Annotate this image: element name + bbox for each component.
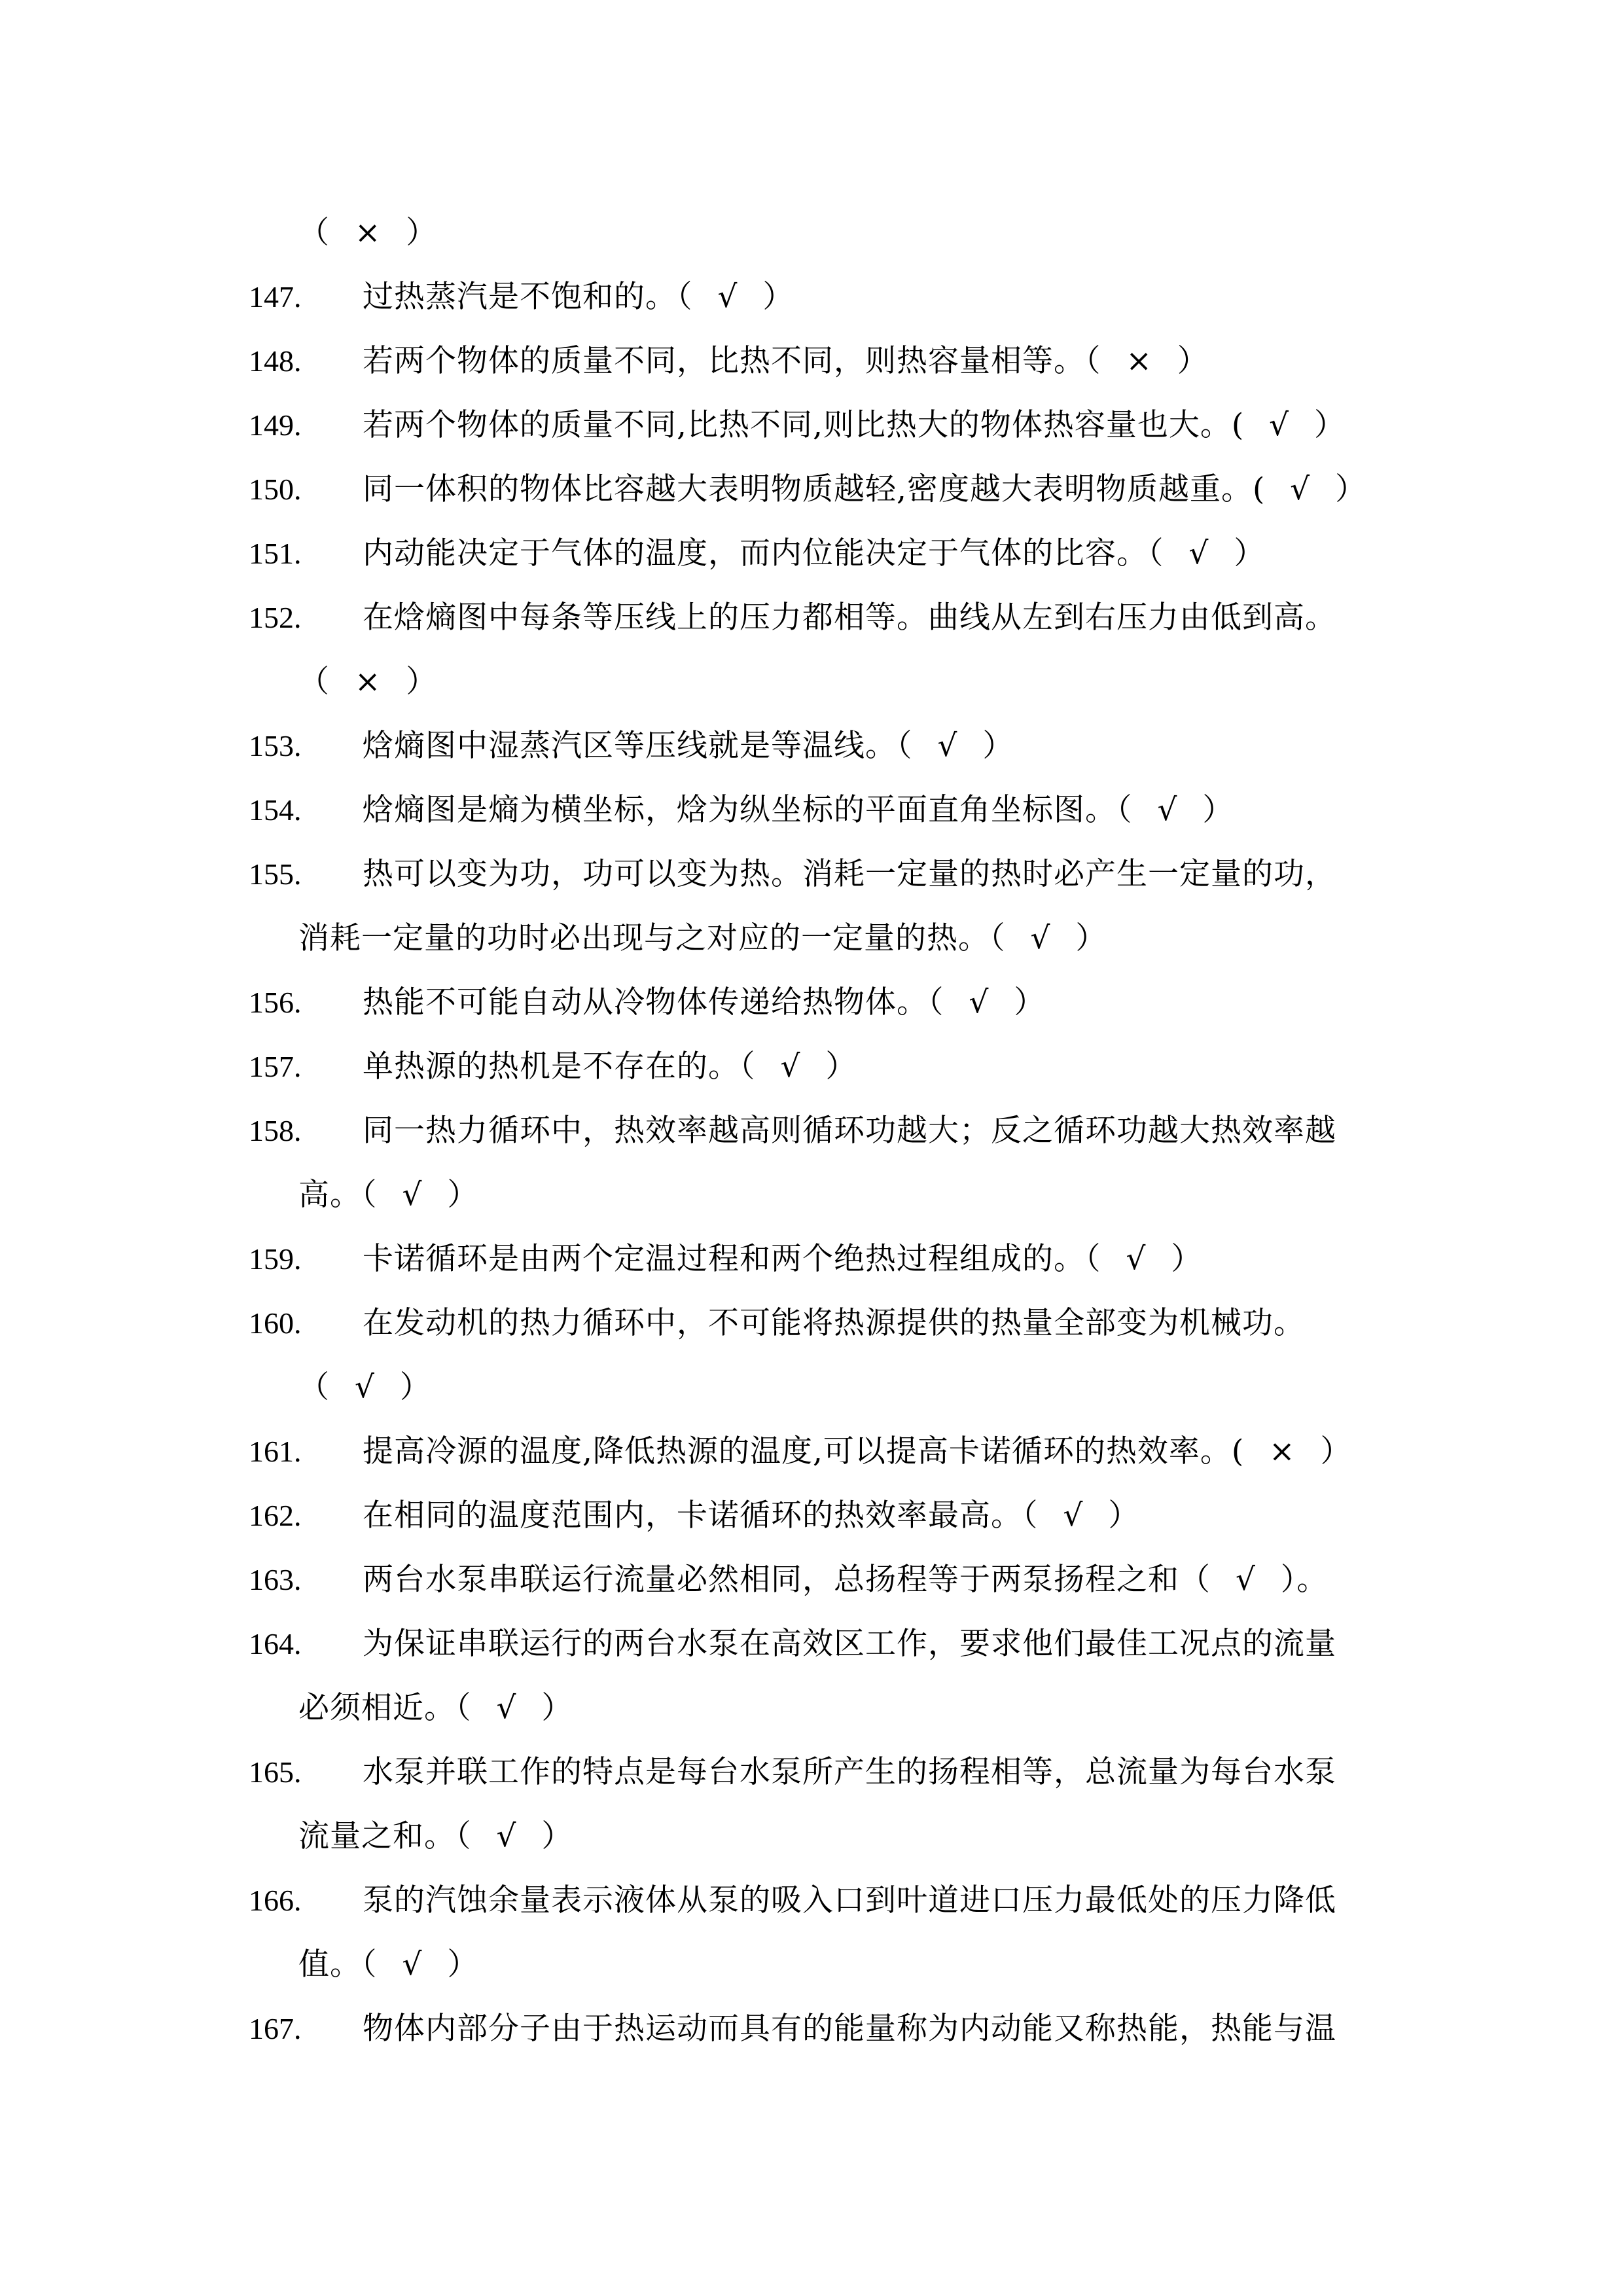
line-text: 内动能决定于气体的温度，而内位能决定于气体的比容。（ √ ） bbox=[363, 522, 1265, 586]
line-text: 在焓熵图中每条等压线上的压力都相等。曲线从左到右压力由低到高。 bbox=[363, 586, 1336, 650]
cross-mark-icon: × bbox=[1255, 1420, 1310, 1484]
line-text: 两台水泵串联运行流量必然相同，总扬程等于两泵扬程之和（ √ ）。 bbox=[363, 1548, 1328, 1612]
line-text: 流量之和。（ √ ） bbox=[298, 1804, 573, 1869]
item-number: 165. bbox=[249, 1740, 302, 1804]
line-text: （ × ） bbox=[298, 650, 437, 714]
line-text: 必须相近。（ √ ） bbox=[298, 1676, 573, 1740]
line-text: 过热蒸汽是不饱和的。（ √ ） bbox=[363, 265, 794, 329]
line-text: 若两个物体的质量不同,比热不同,则比热大的物体热容量也大。( √ ） bbox=[363, 393, 1346, 457]
check-mark-icon: √ bbox=[954, 971, 1003, 1035]
item-number: 158. bbox=[249, 1099, 302, 1163]
line-text: 提高冷源的温度,降低热源的温度,可以提高卡诺循环的热效率。( × ） bbox=[363, 1420, 1352, 1484]
line-text: 同一体积的物体比容越大表明物质越轻,密度越大表明物质越重。( √ ） bbox=[363, 457, 1366, 522]
item-number: 166. bbox=[249, 1869, 302, 1933]
line-text: 水泵并联工作的特点是每台水泵所产生的扬程相等，总流量为每台水泵 bbox=[363, 1740, 1336, 1804]
check-mark-icon: √ bbox=[1275, 457, 1325, 522]
line-text: （ × ） bbox=[298, 201, 437, 265]
check-mark-icon: √ bbox=[482, 1676, 531, 1740]
check-mark-icon: √ bbox=[1174, 522, 1223, 586]
cross-mark-icon: × bbox=[1111, 329, 1166, 393]
check-mark-icon: √ bbox=[482, 1804, 531, 1869]
cross-mark-icon: × bbox=[340, 201, 395, 265]
item-number: 163. bbox=[249, 1548, 302, 1612]
item-number: 160. bbox=[249, 1291, 302, 1355]
item-number: 162. bbox=[249, 1484, 302, 1548]
check-mark-icon: √ bbox=[1111, 1227, 1160, 1291]
item-number: 152. bbox=[249, 586, 302, 650]
line-text: 高。（ √ ） bbox=[298, 1163, 478, 1227]
item-number: 154. bbox=[249, 778, 302, 842]
line-text: 焓熵图中湿蒸汽区等压线就是等温线。（ √ ） bbox=[363, 714, 1014, 778]
line-text: 消耗一定量的功时必出现与之对应的一定量的热。（ √ ） bbox=[298, 906, 1107, 971]
item-number: 147. bbox=[249, 265, 302, 329]
item-number: 148. bbox=[249, 329, 302, 393]
check-mark-icon: √ bbox=[340, 1355, 389, 1420]
item-number: 161. bbox=[249, 1420, 302, 1484]
item-number: 151. bbox=[249, 522, 302, 586]
item-number: 164. bbox=[249, 1612, 302, 1676]
check-mark-icon: √ bbox=[1143, 778, 1192, 842]
line-text: 物体内部分子由于热运动而具有的能量称为内动能又称热能，热能与温 bbox=[363, 1997, 1336, 2061]
check-mark-icon: √ bbox=[387, 1163, 437, 1227]
check-mark-icon: √ bbox=[1221, 1548, 1270, 1612]
item-number: 155. bbox=[249, 842, 302, 906]
line-text: 热能不可能自动从冷物体传递给热物体。（ √ ） bbox=[363, 971, 1045, 1035]
line-text: 若两个物体的质量不同，比热不同，则热容量相等。（ × ） bbox=[363, 329, 1209, 393]
check-mark-icon: √ bbox=[1255, 393, 1304, 457]
cross-mark-icon: × bbox=[340, 650, 395, 714]
item-number: 149. bbox=[249, 393, 302, 457]
item-number: 150. bbox=[249, 457, 302, 522]
line-text: 在发动机的热力循环中，不可能将热源提供的热量全部变为机械功。 bbox=[363, 1291, 1305, 1355]
line-text: 值。（ √ ） bbox=[298, 1933, 478, 1997]
check-mark-icon: √ bbox=[387, 1933, 437, 1997]
item-number: 159. bbox=[249, 1227, 302, 1291]
check-mark-icon: √ bbox=[766, 1035, 815, 1099]
line-text: （ √ ） bbox=[298, 1355, 431, 1420]
line-text: 在相同的温度范围内，卡诺循环的热效率最高。（ √ ） bbox=[363, 1484, 1139, 1548]
check-mark-icon: √ bbox=[1016, 906, 1065, 971]
line-text: 单热源的热机是不存在的。（ √ ） bbox=[363, 1035, 857, 1099]
line-text: 热可以变为功，功可以变为热。消耗一定量的热时必产生一定量的功， bbox=[363, 842, 1336, 906]
line-text: 焓熵图是熵为横坐标，焓为纵坐标的平面直角坐标图。（ √ ） bbox=[363, 778, 1234, 842]
line-text: 同一热力循环中，热效率越高则循环功越大；反之循环功越大热效率越 bbox=[363, 1099, 1336, 1163]
line-text: 泵的汽蚀余量表示液体从泵的吸入口到叶道进口压力最低处的压力降低 bbox=[363, 1869, 1336, 1933]
line-text: 为保证串联运行的两台水泵在高效区工作，要求他们最佳工况点的流量 bbox=[363, 1612, 1336, 1676]
check-mark-icon: √ bbox=[703, 265, 752, 329]
line-text: 卡诺循环是由两个定温过程和两个绝热过程组成的。（ √ ） bbox=[363, 1227, 1202, 1291]
check-mark-icon: √ bbox=[923, 714, 972, 778]
item-number: 153. bbox=[249, 714, 302, 778]
document-page: （ × ） 147. 过热蒸汽是不饱和的。（ √ ） 148. 若两个物体的质量… bbox=[0, 0, 1623, 2296]
item-number: 167. bbox=[249, 1997, 302, 2061]
item-number: 156. bbox=[249, 971, 302, 1035]
check-mark-icon: √ bbox=[1048, 1484, 1097, 1548]
item-number: 157. bbox=[249, 1035, 302, 1099]
